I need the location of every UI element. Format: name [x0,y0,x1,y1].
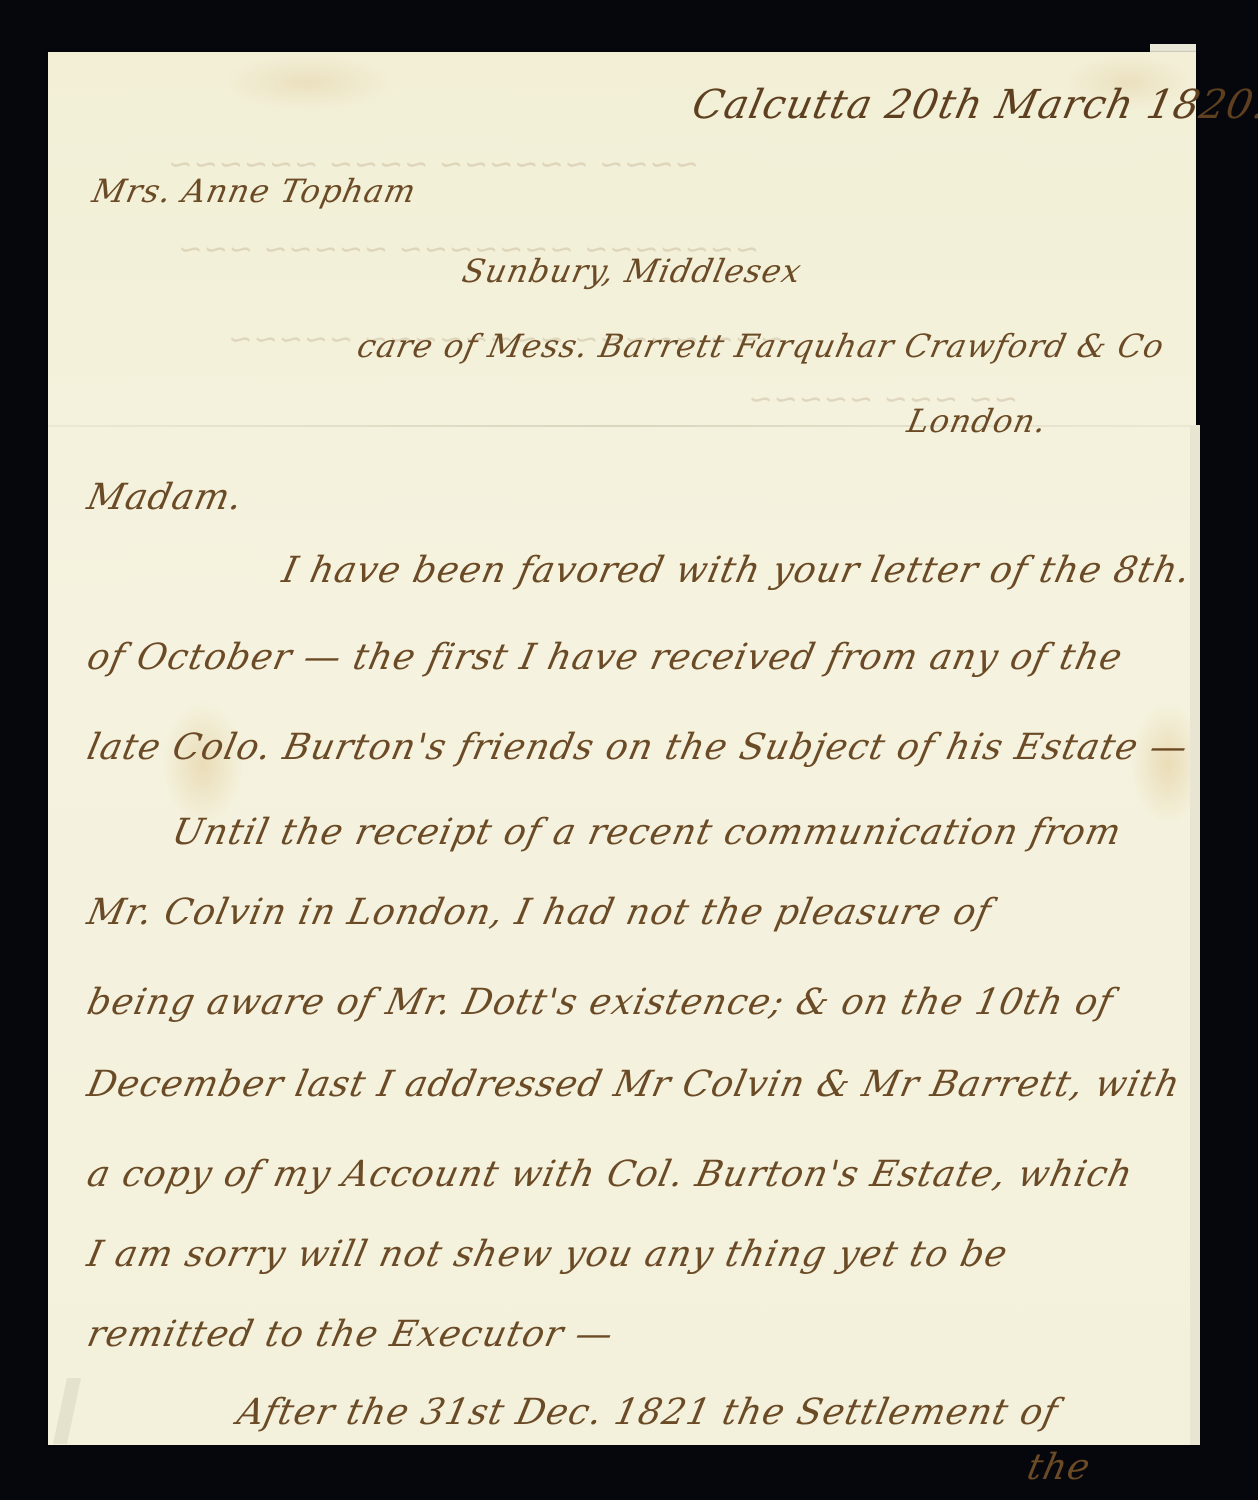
body-line: Mr. Colvin in London, I had not the plea… [84,892,996,933]
addressee-care-of: care of Mess. Barrett Farquhar Crawford … [354,327,1168,365]
body-line: late Colo. Burton's friends on the Subje… [84,727,1192,768]
letter-page: ~~~~ ~~~~~~ ~~~~ ~~~~~~ ~~~~~~~ ~~~~~~~ … [48,52,1196,1445]
salutation: Madam. [84,477,247,518]
body-line: I have been favored with your letter of … [279,550,1195,591]
body-line: of October — the first I have received f… [84,637,1127,678]
body-line: I am sorry will not shew you any thing y… [84,1234,1012,1275]
body-line: December last I addressed Mr Colvin & Mr… [84,1064,1184,1105]
body-line: After the 31st Dec. 1821 the Settlement … [234,1392,1062,1433]
body-line: being aware of Mr. Dott's existence; & o… [84,982,1117,1023]
body-line: remitted to the Executor — [84,1314,618,1355]
addressee-name: Mrs. Anne Topham [89,172,420,210]
paper-right-edge [1190,425,1200,1445]
body-line: a copy of my Account with Col. Burton's … [84,1154,1137,1195]
catchword: the [1024,1447,1095,1488]
body-line: Until the receipt of a recent communicat… [169,812,1126,853]
addressee-city: London. [904,402,1051,440]
addressee-location: Sunbury, Middlesex [459,252,805,290]
letter-place-date: Calcutta 20th March 1820. [688,82,1258,128]
